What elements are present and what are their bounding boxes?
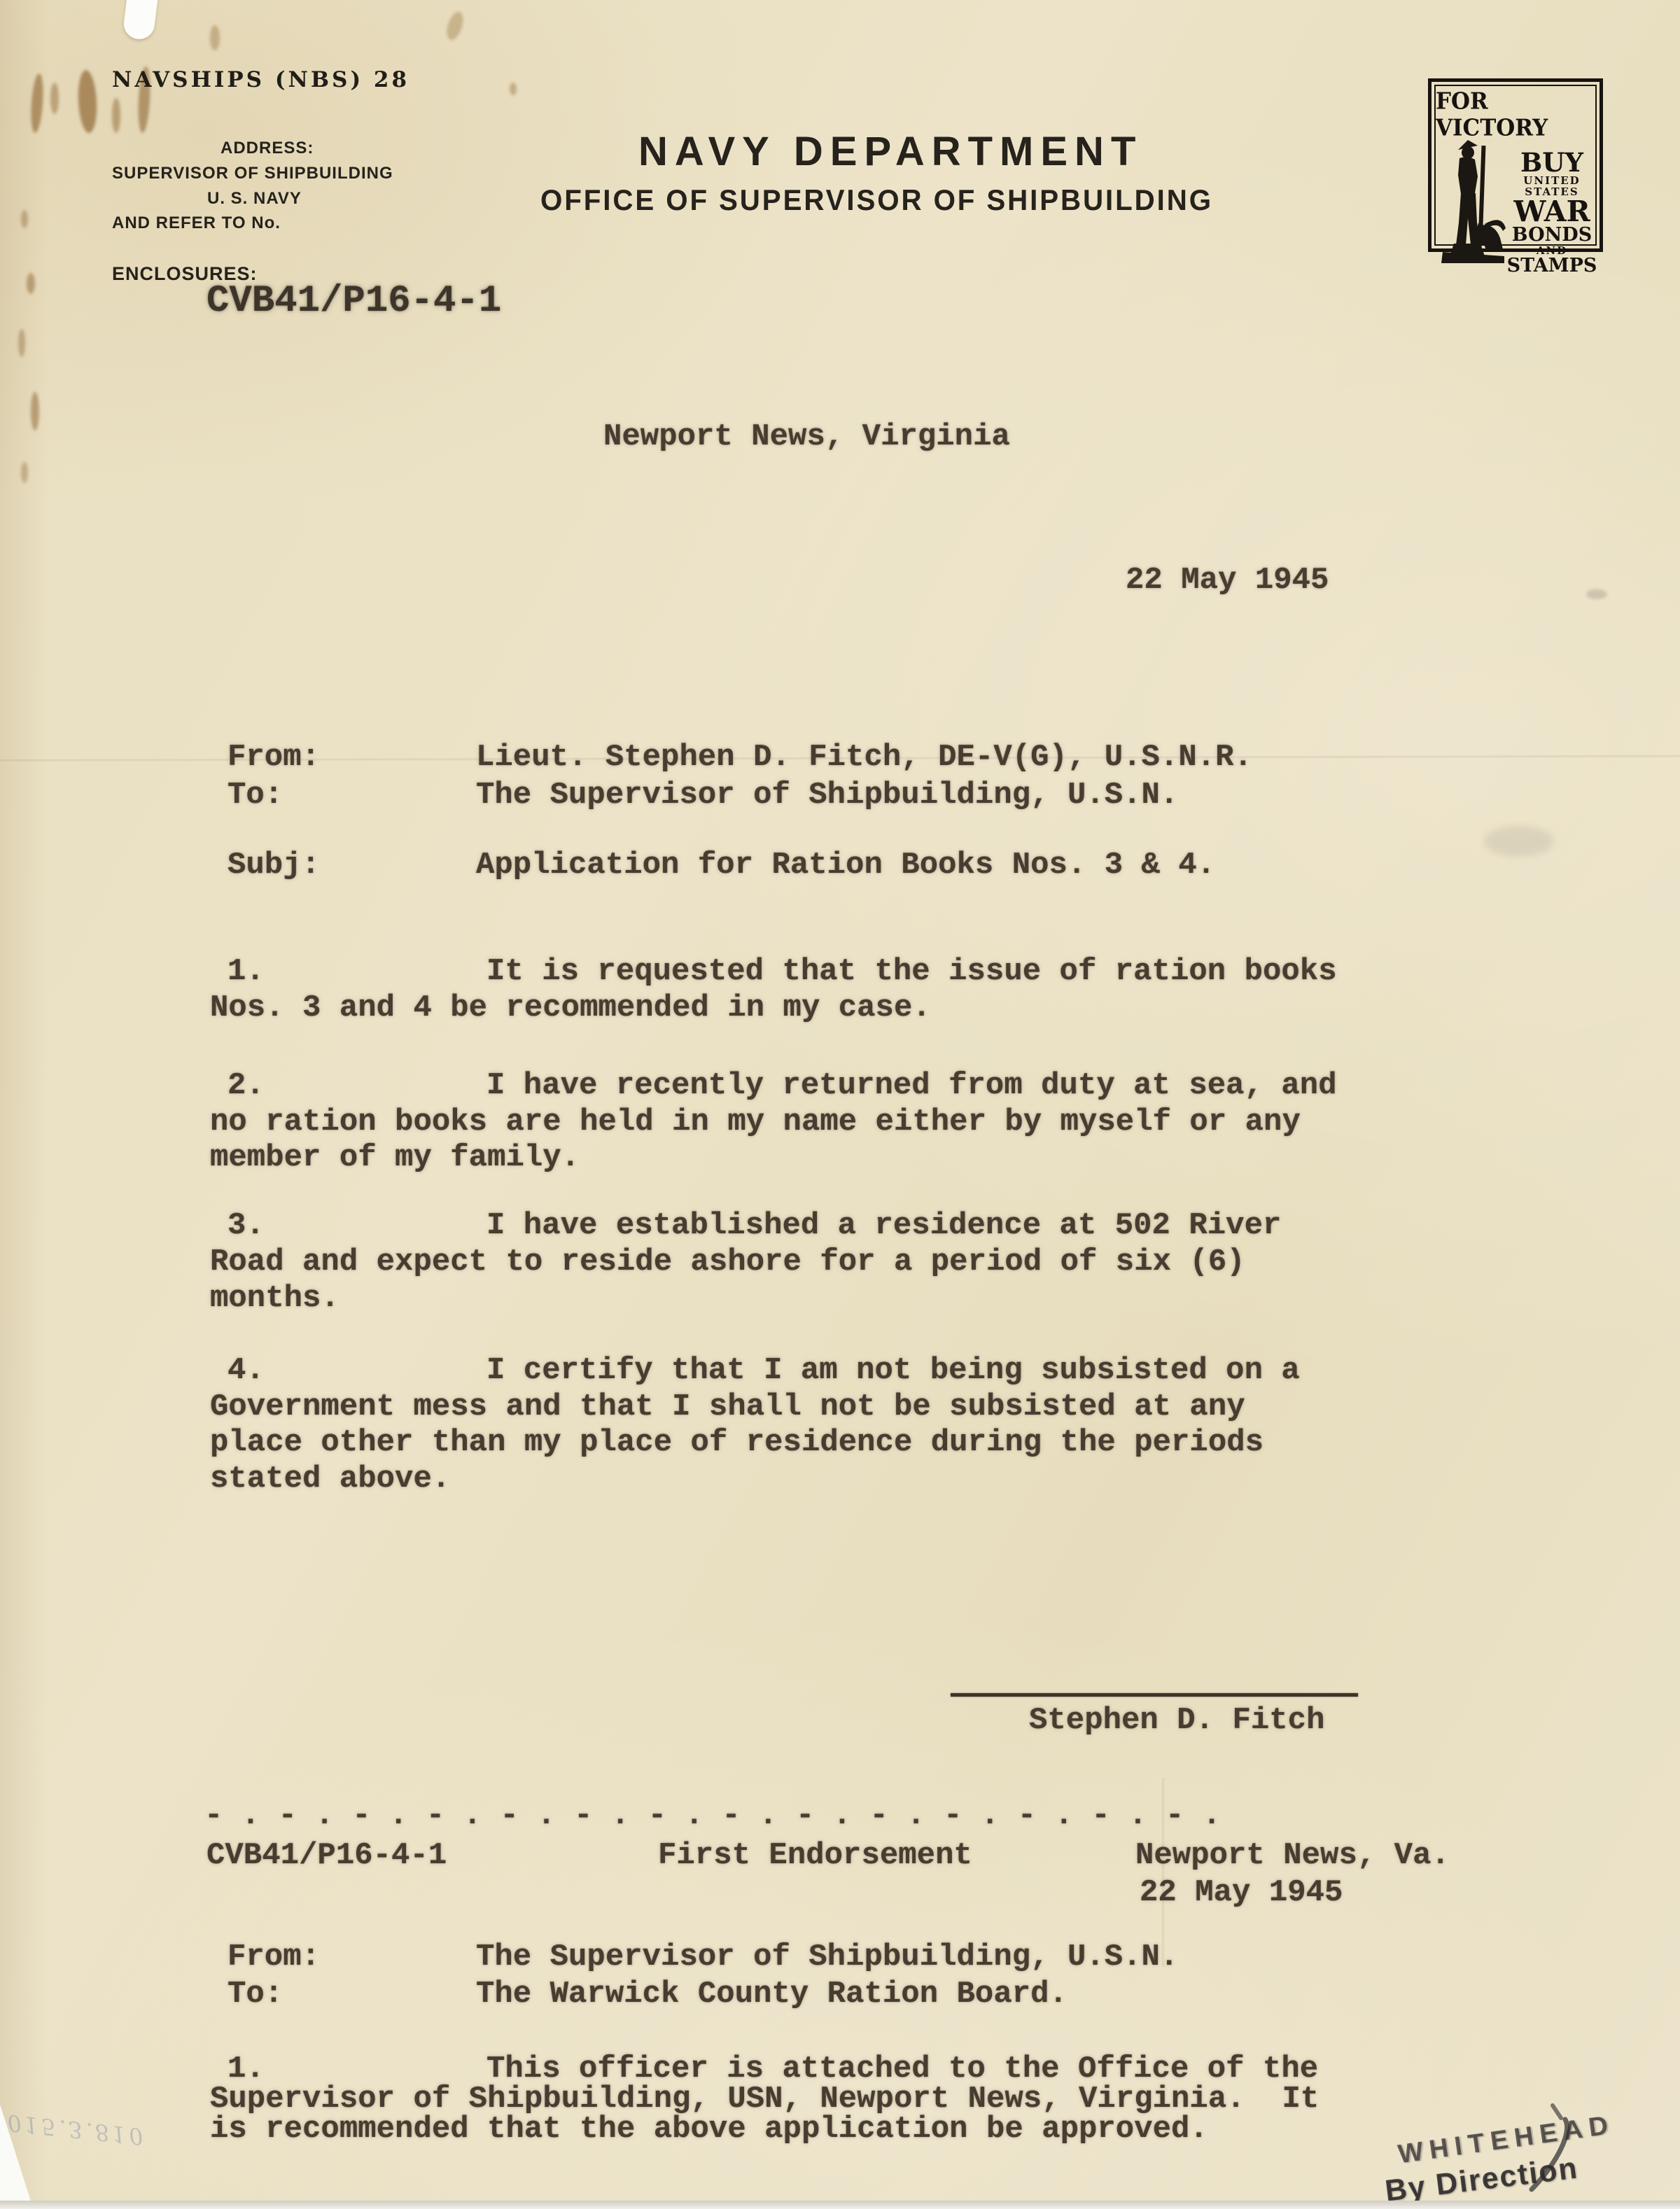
dashed-separator: - . - . - . - . - . - . - . - . - . - . … bbox=[204, 1797, 1221, 1834]
subject-label: Subj: bbox=[227, 847, 320, 883]
paragraph-number: 1. bbox=[227, 953, 265, 990]
office-title: OFFICE OF SUPERVISOR OF SHIPBUILDING bbox=[540, 183, 1213, 217]
department-title: NAVY DEPARTMENT bbox=[638, 128, 1142, 175]
typed-line: I have recently returned from duty at se… bbox=[486, 1067, 1337, 1104]
war-bonds-stamp-inner-border: FOR VICTORY bbox=[1434, 85, 1597, 246]
typed-line: place other than my place of residence d… bbox=[210, 1424, 1263, 1461]
typed-line: no ration books are held in my name eith… bbox=[210, 1104, 1301, 1140]
endorsement-title: First Endorsement bbox=[658, 1837, 972, 1874]
typed-line: Road and expect to reside ashore for a p… bbox=[210, 1244, 1245, 1280]
stain bbox=[18, 329, 25, 357]
stain bbox=[50, 83, 59, 114]
to-value: The Supervisor of Shipbuilding, U.S.N. bbox=[476, 777, 1178, 813]
reference-number-typed: CVB41/P16-4-1 bbox=[206, 283, 501, 320]
stain bbox=[510, 83, 517, 95]
endorsement-from-label: From: bbox=[227, 1939, 320, 1975]
letter-location: Newport News, Virginia bbox=[603, 419, 1010, 455]
stamp-word: WAR bbox=[1513, 197, 1590, 225]
stain bbox=[31, 392, 39, 430]
stamp-word: BUY bbox=[1520, 150, 1583, 175]
endorsement-location: Newport News, Va. bbox=[1135, 1837, 1450, 1874]
paper-edge-shadow bbox=[0, 0, 49, 2209]
stain bbox=[1586, 589, 1607, 599]
typed-line: stated above. bbox=[210, 1461, 450, 1497]
scanner-edge-bottom bbox=[0, 2201, 1680, 2209]
form-number: NAVSHIPS (NBS) 28 bbox=[112, 67, 409, 92]
address-label: ADDRESS: bbox=[220, 139, 314, 158]
endorsement-to-label: To: bbox=[227, 1976, 283, 2012]
stamp-word: BONDS bbox=[1512, 225, 1592, 245]
address-line-3: AND REFER TO No. bbox=[112, 213, 281, 233]
typed-line: Government mess and that I shall not be … bbox=[210, 1389, 1245, 1425]
pen-flourish bbox=[1498, 2100, 1610, 2205]
stamp-body: BUY UNITED STATES WAR BONDS AND STAMPS bbox=[1436, 140, 1595, 276]
signature-name: Stephen D. Fitch bbox=[1029, 1702, 1324, 1739]
to-label: To: bbox=[227, 777, 283, 813]
minuteman-statue-icon bbox=[1436, 140, 1511, 266]
from-label: From: bbox=[227, 739, 320, 776]
typed-line: months. bbox=[210, 1280, 339, 1317]
endorsement-date: 22 May 1945 bbox=[1140, 1874, 1343, 1911]
paragraph-number: 2. bbox=[227, 1067, 265, 1104]
address-line-2: U. S. NAVY bbox=[207, 189, 302, 209]
stamp-heading: FOR VICTORY bbox=[1436, 88, 1595, 141]
stamp-text-column: BUY UNITED STATES WAR BONDS AND STAMPS bbox=[1511, 150, 1592, 276]
endorsement-to-value: The Warwick County Ration Board. bbox=[476, 1976, 1067, 2012]
stamp-word: UNITED bbox=[1523, 175, 1580, 186]
address-line-1: SUPERVISOR OF SHIPBUILDING bbox=[112, 164, 393, 183]
stain bbox=[112, 98, 120, 133]
typed-line: It is requested that the issue of ration… bbox=[486, 953, 1337, 990]
from-value: Lieut. Stephen D. Fitch, DE-V(G), U.S.N.… bbox=[476, 739, 1252, 776]
subject-value: Application for Ration Books Nos. 3 & 4. bbox=[476, 847, 1215, 883]
paragraph-number: 3. bbox=[227, 1207, 265, 1244]
typed-line: I certify that I am not being subsisted … bbox=[486, 1352, 1300, 1389]
scanned-letter-page: NAVSHIPS (NBS) 28 ADDRESS: SUPERVISOR OF… bbox=[0, 0, 1680, 2209]
letter-date: 22 May 1945 bbox=[1126, 562, 1329, 598]
typed-line: is recommended that the above applicatio… bbox=[210, 2111, 1208, 2147]
endorsement-reference: CVB41/P16-4-1 bbox=[206, 1837, 447, 1874]
paragraph-number: 4. bbox=[227, 1352, 265, 1389]
signature-line bbox=[951, 1693, 1358, 1697]
stain bbox=[1484, 826, 1554, 857]
stain bbox=[210, 25, 220, 50]
stain bbox=[27, 273, 35, 294]
typed-line: member of my family. bbox=[210, 1139, 580, 1176]
typed-line: Nos. 3 and 4 be recommended in my case. bbox=[210, 990, 931, 1026]
war-bonds-stamp: FOR VICTORY bbox=[1428, 78, 1603, 252]
stain bbox=[21, 462, 28, 483]
endorsement-from-value: The Supervisor of Shipbuilding, U.S.N. bbox=[476, 1939, 1178, 1975]
stamp-word: STAMPS bbox=[1507, 256, 1597, 276]
typed-line: I have established a residence at 502 Ri… bbox=[486, 1207, 1281, 1244]
stain bbox=[21, 210, 28, 228]
